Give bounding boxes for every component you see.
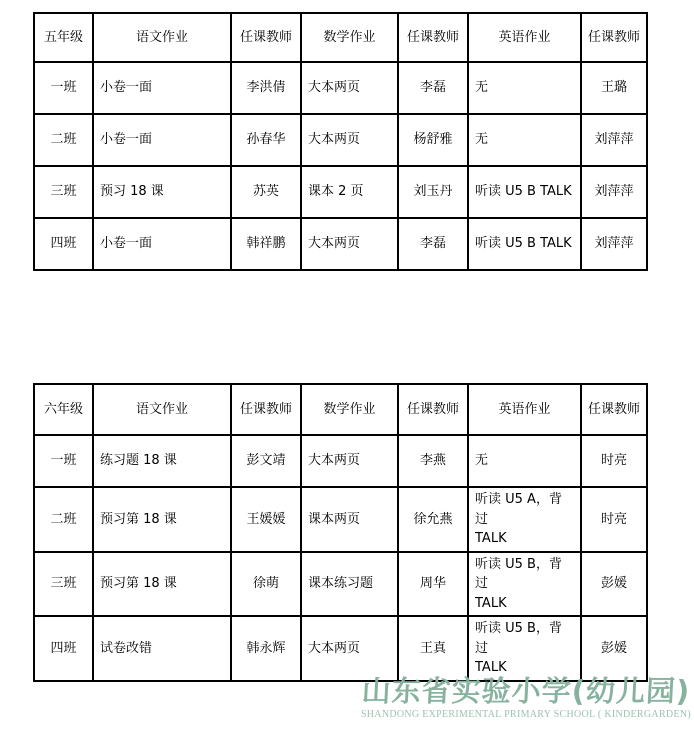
- english-teacher: 时亮: [581, 487, 647, 552]
- english-teacher: 王璐: [581, 62, 647, 114]
- chinese-homework: 预习 18 课: [93, 166, 231, 218]
- math-teacher: 周华: [398, 552, 468, 617]
- chinese-homework: 练习题 18 课: [93, 435, 231, 487]
- document-page: 五年级 语文作业 任课教师 数学作业 任课教师 英语作业 任课教师 一班 小卷一…: [0, 0, 694, 737]
- chinese-teacher: 李洪倩: [231, 62, 301, 114]
- chinese-teacher: 王媛媛: [231, 487, 301, 552]
- grade5-col-english-hw: 英语作业: [468, 13, 581, 62]
- grade5-label: 五年级: [34, 13, 93, 62]
- class-name: 一班: [34, 435, 93, 487]
- grade5-header-row: 五年级 语文作业 任课教师 数学作业 任课教师 英语作业 任课教师: [34, 13, 647, 62]
- grade6-col-math-hw: 数学作业: [301, 384, 398, 435]
- school-logo: 山东省实验小学(幼儿园) SHANDONG EXPERIMENTAL PRIMA…: [361, 676, 691, 721]
- chinese-homework: 预习第 18 课: [93, 552, 231, 617]
- grade5-col-chinese-teacher: 任课教师: [231, 13, 301, 62]
- english-teacher: 刘萍萍: [581, 114, 647, 166]
- grade6-header-row: 六年级 语文作业 任课教师 数学作业 任课教师 英语作业 任课教师: [34, 384, 647, 435]
- table-row: 二班 小卷一面 孙春华 大本两页 杨舒雅 无 刘萍萍: [34, 114, 647, 166]
- math-teacher: 杨舒雅: [398, 114, 468, 166]
- english-homework: 无: [468, 435, 581, 487]
- school-logo-english-name: SHANDONG EXPERIMENTAL PRIMARY SCHOOL ( K…: [361, 709, 691, 721]
- class-name: 一班: [34, 62, 93, 114]
- grade6-col-math-teacher: 任课教师: [398, 384, 468, 435]
- math-teacher: 徐允燕: [398, 487, 468, 552]
- table-row: 三班 预习 18 课 苏英 课本 2 页 刘玉丹 听读 U5 B TALK 刘萍…: [34, 166, 647, 218]
- grade6-homework-table: 六年级 语文作业 任课教师 数学作业 任课教师 英语作业 任课教师 一班 练习题…: [33, 383, 648, 682]
- table-row: 四班 试卷改错 韩永辉 大本两页 王真 听读 U5 B，背过 TALK 彭媛: [34, 616, 647, 681]
- english-teacher: 时亮: [581, 435, 647, 487]
- grade5-col-math-hw: 数学作业: [301, 13, 398, 62]
- chinese-homework: 小卷一面: [93, 62, 231, 114]
- class-name: 三班: [34, 166, 93, 218]
- math-homework: 大本两页: [301, 435, 398, 487]
- chinese-teacher: 韩永辉: [231, 616, 301, 681]
- math-homework: 大本两页: [301, 616, 398, 681]
- english-homework: 听读 U5 A，背过 TALK: [468, 487, 581, 552]
- chinese-teacher: 孙春华: [231, 114, 301, 166]
- grade5-col-english-teacher: 任课教师: [581, 13, 647, 62]
- grade5-homework-table: 五年级 语文作业 任课教师 数学作业 任课教师 英语作业 任课教师 一班 小卷一…: [33, 12, 648, 271]
- class-name: 二班: [34, 114, 93, 166]
- table-row: 一班 练习题 18 课 彭文靖 大本两页 李燕 无 时亮: [34, 435, 647, 487]
- math-teacher: 王真: [398, 616, 468, 681]
- class-name: 四班: [34, 616, 93, 681]
- english-teacher: 彭媛: [581, 616, 647, 681]
- class-name: 二班: [34, 487, 93, 552]
- math-homework: 大本两页: [301, 114, 398, 166]
- english-homework: 听读 U5 B TALK: [468, 166, 581, 218]
- english-homework: 听读 U5 B，背过 TALK: [468, 616, 581, 681]
- chinese-teacher: 彭文靖: [231, 435, 301, 487]
- english-homework: 无: [468, 62, 581, 114]
- grade6-col-chinese-teacher: 任课教师: [231, 384, 301, 435]
- chinese-teacher: 苏英: [231, 166, 301, 218]
- grade6-col-english-teacher: 任课教师: [581, 384, 647, 435]
- chinese-homework: 试卷改错: [93, 616, 231, 681]
- chinese-teacher: 徐萌: [231, 552, 301, 617]
- chinese-homework: 小卷一面: [93, 218, 231, 270]
- class-name: 四班: [34, 218, 93, 270]
- english-homework: 听读 U5 B，背过 TALK: [468, 552, 581, 617]
- math-homework: 大本两页: [301, 62, 398, 114]
- math-homework: 课本 2 页: [301, 166, 398, 218]
- chinese-teacher: 韩祥鹏: [231, 218, 301, 270]
- english-teacher: 彭媛: [581, 552, 647, 617]
- chinese-homework: 小卷一面: [93, 114, 231, 166]
- math-homework: 课本练习题: [301, 552, 398, 617]
- grade6-label: 六年级: [34, 384, 93, 435]
- class-name: 三班: [34, 552, 93, 617]
- table-row: 一班 小卷一面 李洪倩 大本两页 李磊 无 王璐: [34, 62, 647, 114]
- english-homework: 听读 U5 B TALK: [468, 218, 581, 270]
- grade5-col-math-teacher: 任课教师: [398, 13, 468, 62]
- english-teacher: 刘萍萍: [581, 218, 647, 270]
- chinese-homework: 预习第 18 课: [93, 487, 231, 552]
- math-teacher: 李磊: [398, 62, 468, 114]
- school-logo-chinese-name: 山东省实验小学(幼儿园): [360, 676, 692, 708]
- math-teacher: 李燕: [398, 435, 468, 487]
- math-teacher: 刘玉丹: [398, 166, 468, 218]
- english-homework: 无: [468, 114, 581, 166]
- table-row: 三班 预习第 18 课 徐萌 课本练习题 周华 听读 U5 B，背过 TALK …: [34, 552, 647, 617]
- math-homework: 课本两页: [301, 487, 398, 552]
- table-row: 四班 小卷一面 韩祥鹏 大本两页 李磊 听读 U5 B TALK 刘萍萍: [34, 218, 647, 270]
- math-teacher: 李磊: [398, 218, 468, 270]
- table-row: 二班 预习第 18 课 王媛媛 课本两页 徐允燕 听读 U5 A，背过 TALK…: [34, 487, 647, 552]
- grade5-col-chinese-hw: 语文作业: [93, 13, 231, 62]
- math-homework: 大本两页: [301, 218, 398, 270]
- grade6-col-english-hw: 英语作业: [468, 384, 581, 435]
- english-teacher: 刘萍萍: [581, 166, 647, 218]
- grade6-col-chinese-hw: 语文作业: [93, 384, 231, 435]
